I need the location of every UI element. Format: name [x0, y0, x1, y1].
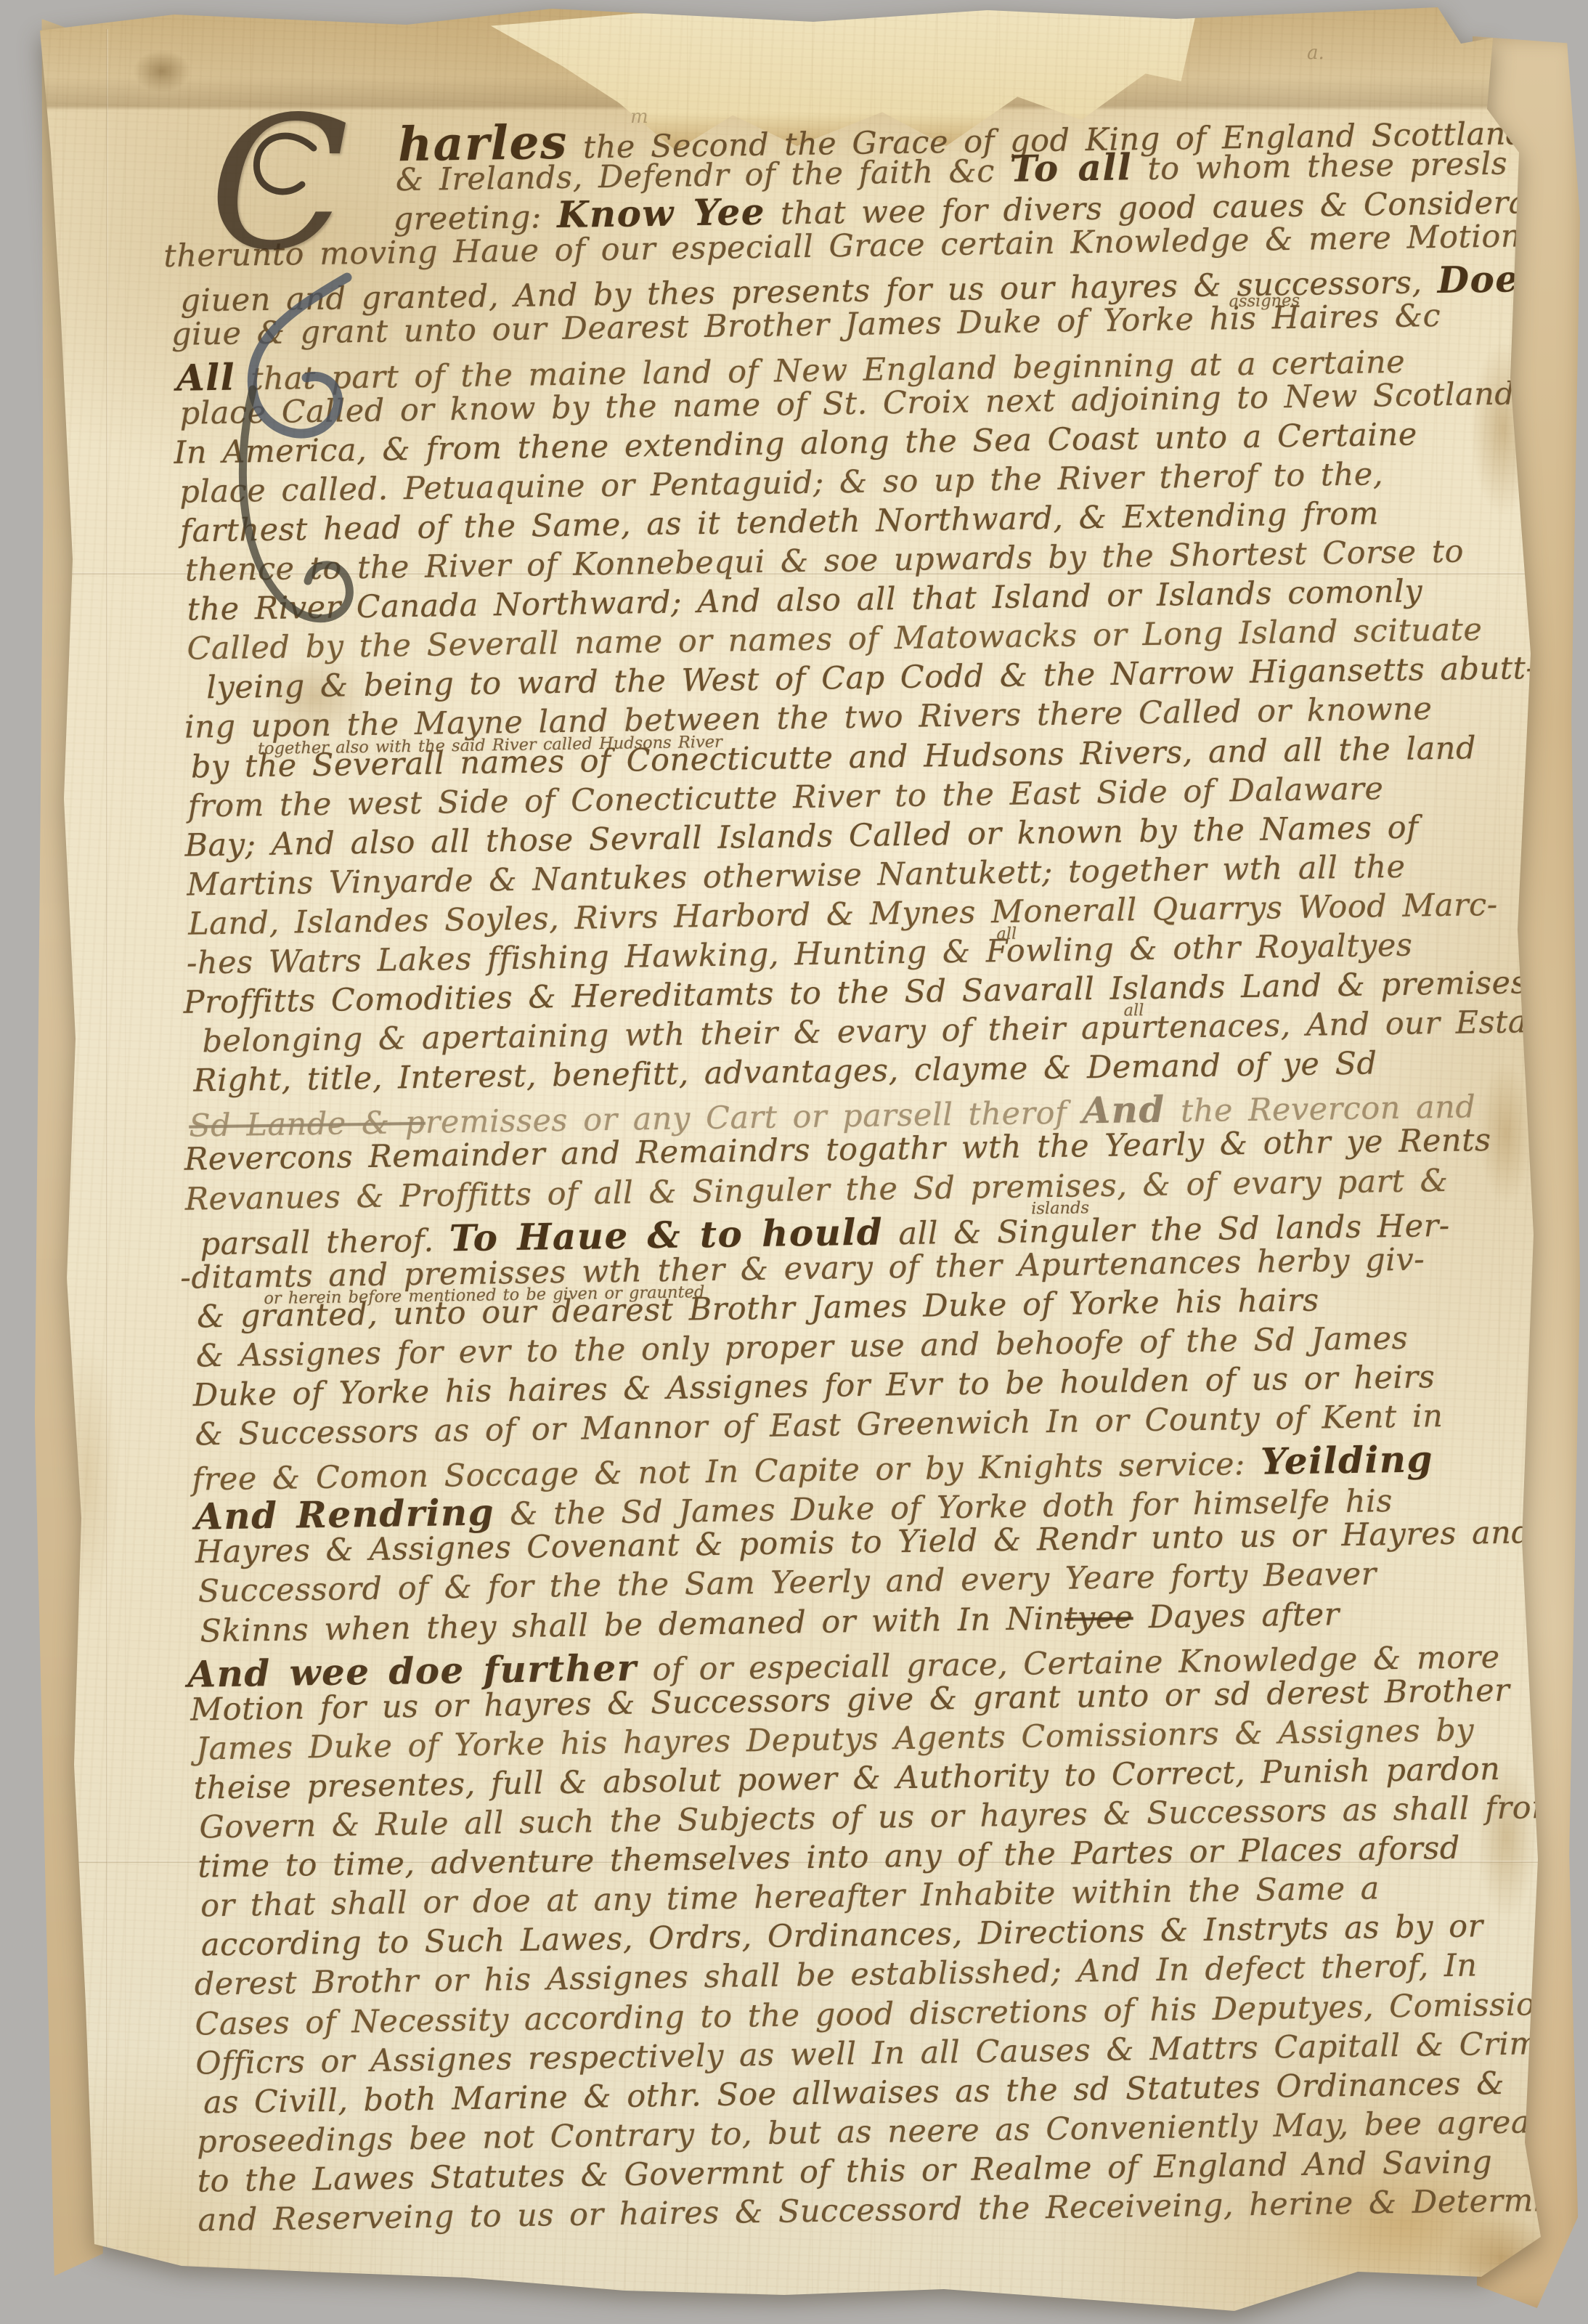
emphasized-words: Doe — [1437, 258, 1520, 302]
faint-ink-mark: m — [630, 106, 648, 128]
manuscript-text-block: harles the Second the Grace of god King … — [44, 100, 1556, 2243]
emphasized-words: And — [1082, 1088, 1165, 1132]
interlined-insertion: all — [996, 925, 1017, 943]
handwritten-words: Dayes after — [1133, 1596, 1340, 1636]
interlined-insertion: islands — [1031, 1198, 1089, 1218]
interlined-insertion: assignes — [1229, 291, 1300, 311]
interlined-insertion: all — [1123, 1001, 1144, 1020]
faint-ink-mark: a. — [1307, 42, 1324, 64]
emphasized-words: Yeilding — [1261, 1437, 1434, 1483]
handwritten-words: greeting: — [393, 199, 557, 237]
sheet-shadow-wrap: harles the Second the Grace of god King … — [0, 0, 1588, 2324]
struck-through-words: tyee — [1064, 1599, 1133, 1636]
scanned-manuscript-page: harles the Second the Grace of god King … — [0, 0, 1588, 2324]
manuscript-sheet: harles the Second the Grace of god King … — [0, 0, 1588, 2324]
emphasized-words: To all — [1010, 145, 1133, 190]
emphasized-words: All — [176, 355, 236, 399]
